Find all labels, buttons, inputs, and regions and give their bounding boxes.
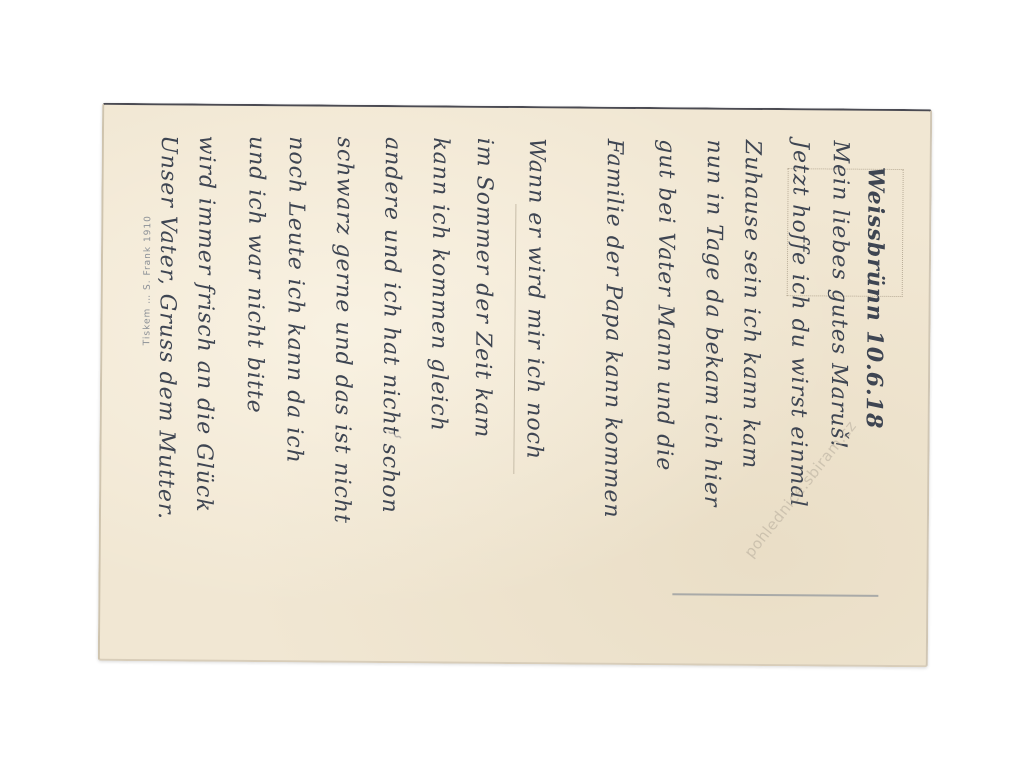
handwriting-line: Familie der Papa kann kommen	[596, 139, 628, 639]
handwriting-line: noch Leute ich kann da ich	[278, 136, 310, 636]
handwriting-line: schwarz gerne und das ist nicht	[326, 137, 358, 637]
handwriting-line: im Sommer der Zeit kam	[466, 138, 498, 638]
handwriting-line: kann ich kommen gleich	[422, 137, 454, 637]
handwriting-line: Zuhause sein ich kann kam	[734, 140, 766, 640]
handwriting-line: und ich war nicht bitte	[238, 136, 270, 636]
handwriting-line: Mein liebes gutes Maruš!	[822, 140, 854, 640]
handwriting-line: gut bei Vater Mann und die	[648, 139, 680, 639]
handwriting-line: Unser Vater, Gruss dem Mutter.	[150, 135, 182, 635]
handwriting-line: Wann er wird mir ich noch	[518, 138, 550, 638]
handwriting-line: Jetzt hoffe ich du wirst einmal	[782, 140, 814, 640]
center-divider-line	[513, 204, 516, 474]
handwriting-line: wird immer frisch an die Glück	[188, 135, 220, 635]
postcard: Tiskem … S. Frank 1910 Weissbrünn 10.6.1…	[98, 103, 932, 668]
handwriting-line: nun in Tage da bekam ich hier	[696, 139, 728, 639]
handwriting-header-date: Weissbrünn 10.6.18	[858, 167, 890, 667]
handwriting-line: andere und ich hat nicht schon	[374, 137, 406, 637]
